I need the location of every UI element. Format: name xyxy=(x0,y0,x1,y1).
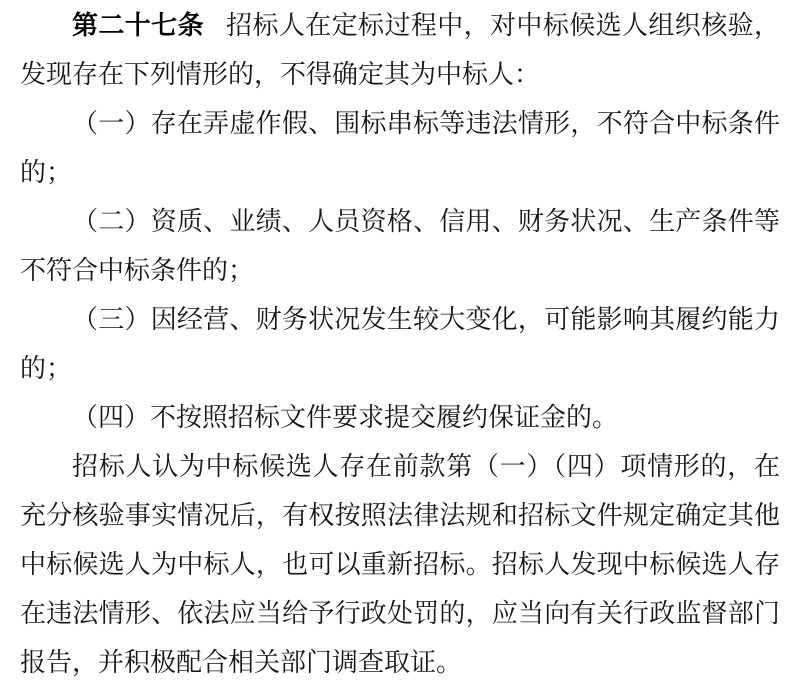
clause-item-2: （二）资质、业绩、人员资格、信用、财务状况、生产条件等不符合中标条件的； xyxy=(20,197,780,295)
closing-paragraph-text: 招标人认为中标候选人存在前款第（一）（四）项情形的，在充分核验事实情况后，有权按… xyxy=(20,452,780,677)
clause-item-2-text: （二）资质、业绩、人员资格、信用、财务状况、生产条件等不符合中标条件的； xyxy=(20,207,780,285)
article-number: 第二十七条 xyxy=(72,11,204,40)
clause-item-3-text: （三）因经营、财务状况发生较大变化，可能影响其履约能力的； xyxy=(20,305,780,383)
closing-paragraph: 招标人认为中标候选人存在前款第（一）（四）项情形的，在充分核验事实情况后，有权按… xyxy=(20,442,780,687)
article-lead-paragraph: 第二十七条招标人在定标过程中，对中标候选人组织核验，发现存在下列情形的，不得确定… xyxy=(20,1,780,99)
document-page: 第二十七条招标人在定标过程中，对中标候选人组织核验，发现存在下列情形的，不得确定… xyxy=(0,0,798,689)
clause-item-1: （一）存在弄虚作假、围标串标等违法情形，不符合中标条件的； xyxy=(20,99,780,197)
clause-item-4-text: （四）不按照招标文件要求提交履约保证金的。 xyxy=(72,403,618,432)
clause-item-4: （四）不按照招标文件要求提交履约保证金的。 xyxy=(20,393,780,442)
clause-item-1-text: （一）存在弄虚作假、围标串标等违法情形，不符合中标条件的； xyxy=(20,109,780,187)
clause-item-3: （三）因经营、财务状况发生较大变化，可能影响其履约能力的； xyxy=(20,295,780,393)
